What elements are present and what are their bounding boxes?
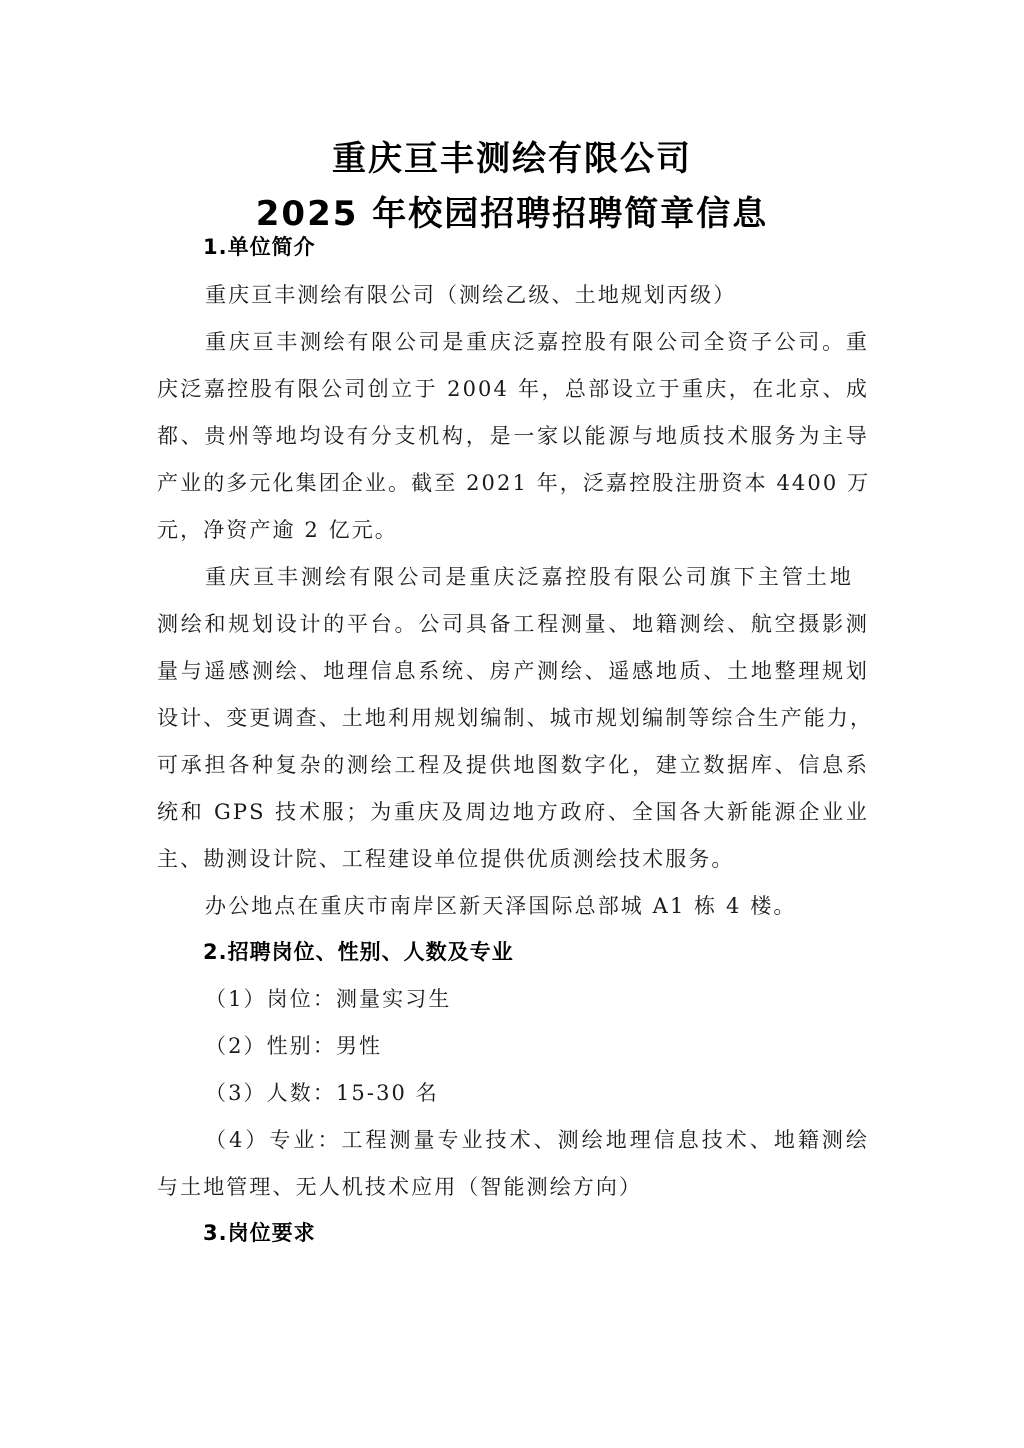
office-address-line: 办公地点在重庆市南岸区新天泽国际总部城 A1 栋 4 楼。 — [205, 892, 797, 920]
paragraph-line: 元，净资产逾 2 亿元。 — [157, 516, 398, 544]
paragraph-line: 庆泛嘉控股有限公司创立于 2004 年，总部设立于重庆，在北京、成 — [157, 375, 869, 403]
document-page: 重庆亘丰测绘有限公司 2025 年校园招聘招聘简章信息 1.单位简介 重庆亘丰测… — [0, 0, 1024, 1448]
paragraph-line: 可承担各种复杂的测绘工程及提供地图数字化，建立数据库、信息系 — [157, 751, 869, 779]
paragraph-line: 重庆亘丰测绘有限公司是重庆泛嘉控股有限公司全资子公司。重 — [205, 328, 869, 356]
paragraph-line: 产业的多元化集团企业。截至 2021 年，泛嘉控股注册资本 4400 万 — [157, 469, 869, 497]
paragraph-line: 主、勘测设计院、工程建设单位提供优质测绘技术服务。 — [157, 845, 735, 873]
headcount-line: （3）人数：15-30 名 — [205, 1079, 439, 1107]
major-line-continued: 与土地管理、无人机技术应用（智能测绘方向） — [157, 1173, 642, 1201]
section-heading-requirements: 3.岗位要求 — [203, 1219, 316, 1247]
paragraph-line: 重庆亘丰测绘有限公司是重庆泛嘉控股有限公司旗下主管土地 — [205, 563, 853, 591]
section-heading-positions: 2.招聘岗位、性别、人数及专业 — [203, 938, 514, 966]
paragraph-line: 量与遥感测绘、地理信息系统、房产测绘、遥感地质、土地整理规划 — [157, 657, 869, 685]
paragraph-line: 都、贵州等地均设有分支机构，是一家以能源与地质技术服务为主导 — [157, 422, 869, 450]
paragraph-line: 统和 GPS 技术服；为重庆及周边地方政府、全国各大新能源企业业 — [157, 798, 869, 826]
major-line: （4）专业：工程测量专业技术、测绘地理信息技术、地籍测绘 — [205, 1126, 869, 1154]
section-heading-company-intro: 1.单位简介 — [203, 233, 316, 261]
document-title-recruitment: 2025 年校园招聘招聘简章信息 — [0, 186, 1024, 235]
document-title-company: 重庆亘丰测绘有限公司 — [0, 131, 1024, 180]
paragraph-line: 测绘和规划设计的平台。公司具备工程测量、地籍测绘、航空摄影测 — [157, 610, 869, 638]
gender-line: （2）性别：男性 — [205, 1032, 382, 1060]
paragraph-line: 重庆亘丰测绘有限公司（测绘乙级、土地规划丙级） — [205, 281, 736, 309]
paragraph-line: 设计、变更调查、土地利用规划编制、城市规划编制等综合生产能力， — [157, 704, 869, 732]
position-line: （1）岗位：测量实习生 — [205, 985, 451, 1013]
